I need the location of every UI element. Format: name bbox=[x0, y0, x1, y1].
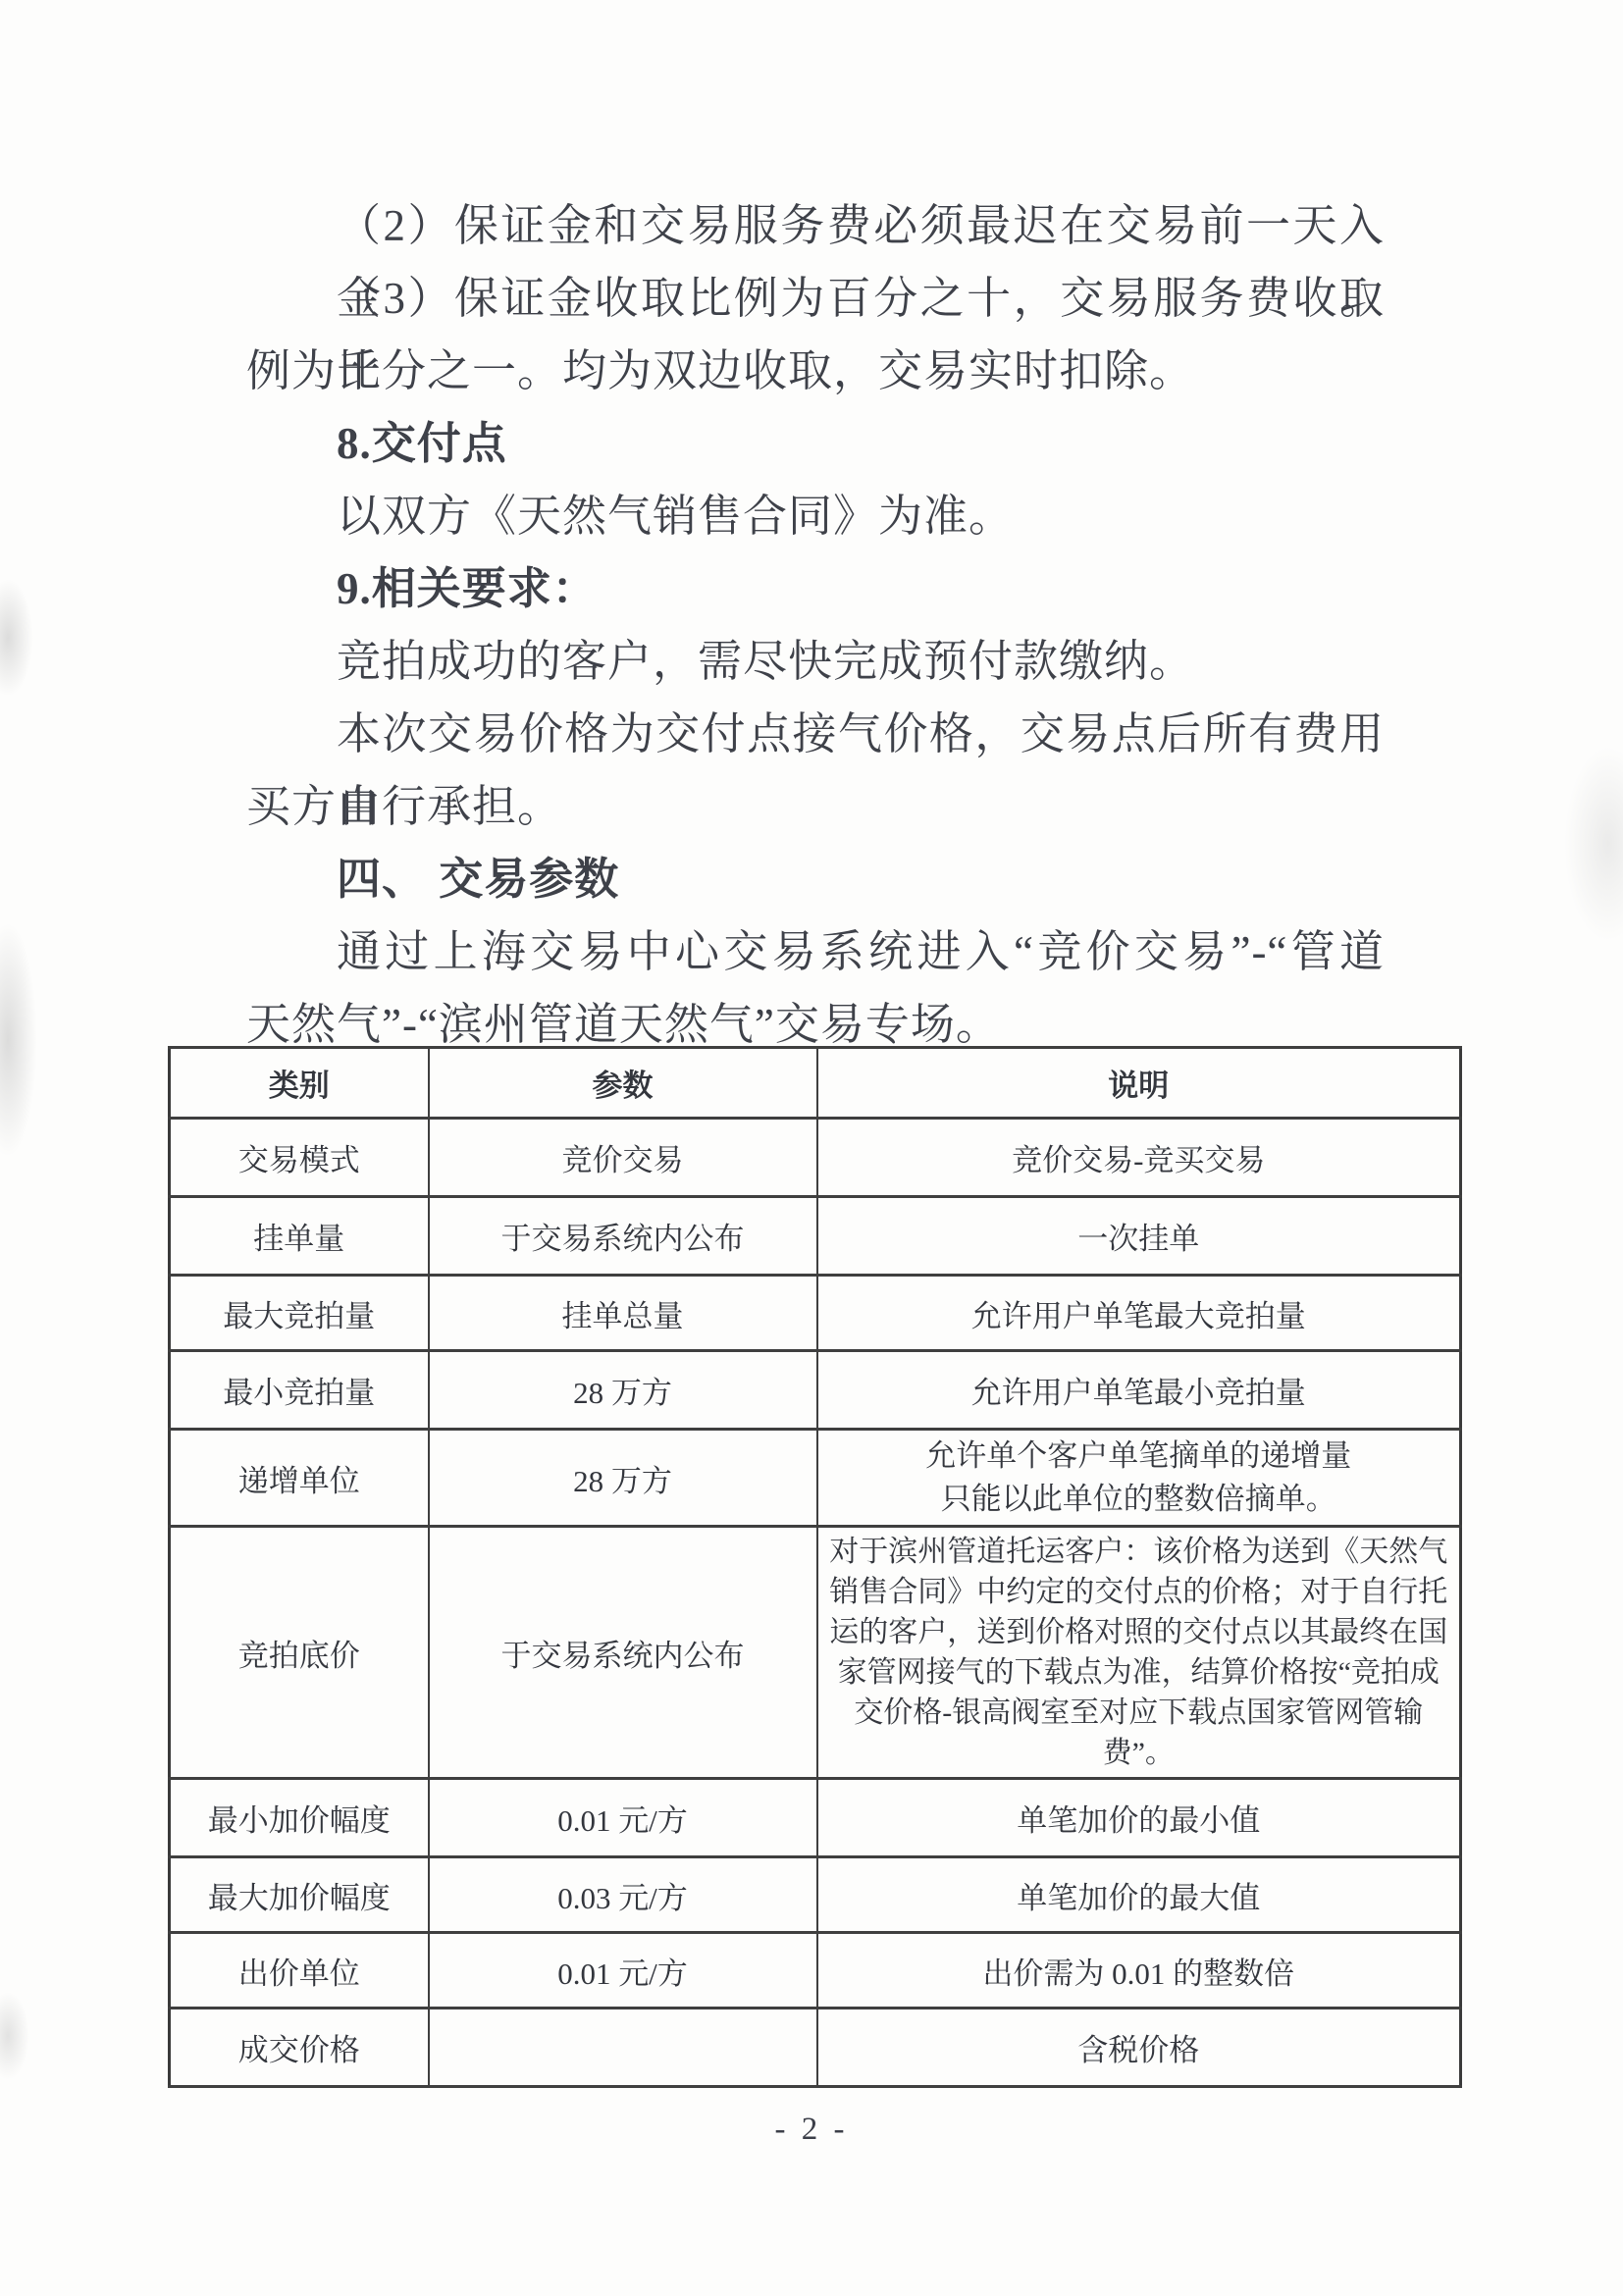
cell-parameter: 竞价交易 bbox=[429, 1119, 817, 1197]
cell-description: 含税价格 bbox=[817, 2009, 1461, 2087]
text-line: 竞拍成功的客户，需尽快完成预付款缴纳。 bbox=[246, 625, 1385, 698]
text-line: 以双方《天然气销售合同》为准。 bbox=[246, 480, 1385, 552]
document-page: （2）保证金和交易服务费必须最迟在交易前一天入金。（3）保证金收取比例为百分之十… bbox=[0, 0, 1623, 2296]
cell-description: 竞价交易-竞买交易 bbox=[817, 1119, 1461, 1197]
table-row: 出价单位0.01 元/方出价需为 0.01 的整数倍 bbox=[170, 1933, 1461, 2009]
text-line: 通过上海交易中心交易系统进入“竞价交易”-“管道 bbox=[246, 915, 1385, 988]
cell-parameter: 0.01 元/方 bbox=[429, 1933, 817, 2009]
heading-line: 8.交付点 bbox=[246, 407, 1385, 480]
cell-parameter: 0.01 元/方 bbox=[429, 1779, 817, 1857]
column-header: 类别 bbox=[170, 1048, 429, 1119]
cell-description: 一次挂单 bbox=[817, 1197, 1461, 1276]
document-body: （2）保证金和交易服务费必须最迟在交易前一天入金。（3）保证金收取比例为百分之十… bbox=[246, 189, 1385, 1061]
table-row: 交易模式竞价交易竞价交易-竞买交易 bbox=[170, 1119, 1461, 1197]
column-header: 参数 bbox=[429, 1048, 817, 1119]
cell-description: 允许单个客户单笔摘单的递增量只能以此单位的整数倍摘单。 bbox=[817, 1430, 1461, 1527]
description-line: 只能以此单位的整数倍摘单。 bbox=[828, 1478, 1450, 1521]
heading-line: 四、 交易参数 bbox=[246, 843, 1385, 915]
table-header-row: 类别参数说明 bbox=[170, 1048, 1461, 1119]
table-row: 最大竞拍量挂单总量允许用户单笔最大竞拍量 bbox=[170, 1276, 1461, 1351]
cell-category: 最小加价幅度 bbox=[170, 1779, 429, 1857]
scan-artifact bbox=[0, 922, 37, 1158]
scan-artifact bbox=[0, 579, 33, 697]
cell-parameter bbox=[429, 2009, 817, 2087]
cell-parameter: 28 万方 bbox=[429, 1430, 817, 1527]
heading-line: 9.相关要求： bbox=[246, 552, 1385, 625]
cell-description: 允许用户单笔最大竞拍量 bbox=[817, 1276, 1461, 1351]
trading-parameters-table: 类别参数说明 交易模式竞价交易竞价交易-竞买交易挂单量于交易系统内公布一次挂单最… bbox=[168, 1046, 1462, 2088]
cell-category: 挂单量 bbox=[170, 1197, 429, 1276]
table-row: 最小加价幅度0.01 元/方单笔加价的最小值 bbox=[170, 1779, 1461, 1857]
cell-category: 竞拍底价 bbox=[170, 1527, 429, 1779]
cell-description: 单笔加价的最大值 bbox=[817, 1857, 1461, 1933]
text-line: 本次交易价格为交付点接气价格，交易点后所有费用由 bbox=[246, 698, 1385, 770]
table-row: 竞拍底价于交易系统内公布对于滨州管道托运客户：该价格为送到《天然气销售合同》中约… bbox=[170, 1527, 1461, 1779]
text-line: （2）保证金和交易服务费必须最迟在交易前一天入金。 bbox=[246, 189, 1385, 262]
cell-description: 允许用户单笔最小竞拍量 bbox=[817, 1351, 1461, 1430]
cell-category: 出价单位 bbox=[170, 1933, 429, 2009]
cell-category: 最小竞拍量 bbox=[170, 1351, 429, 1430]
table-row: 成交价格含税价格 bbox=[170, 2009, 1461, 2087]
text-line: 买方自行承担。 bbox=[246, 770, 1385, 843]
text-line: 例为千分之一。均为双边收取，交易实时扣除。 bbox=[246, 335, 1385, 407]
text-line: （3）保证金收取比例为百分之十，交易服务费收取比 bbox=[246, 262, 1385, 335]
cell-category: 成交价格 bbox=[170, 2009, 429, 2087]
cell-parameter: 于交易系统内公布 bbox=[429, 1197, 817, 1276]
cell-parameter: 挂单总量 bbox=[429, 1276, 817, 1351]
table-row: 最大加价幅度0.03 元/方单笔加价的最大值 bbox=[170, 1857, 1461, 1933]
cell-category: 交易模式 bbox=[170, 1119, 429, 1197]
cell-parameter: 于交易系统内公布 bbox=[429, 1527, 817, 1779]
cell-description: 单笔加价的最小值 bbox=[817, 1779, 1461, 1857]
cell-description: 出价需为 0.01 的整数倍 bbox=[817, 1933, 1461, 2009]
cell-category: 最大加价幅度 bbox=[170, 1857, 429, 1933]
table-row: 递增单位28 万方允许单个客户单笔摘单的递增量只能以此单位的整数倍摘单。 bbox=[170, 1430, 1461, 1527]
scan-artifact bbox=[1564, 746, 1623, 942]
scan-artifact bbox=[0, 1992, 29, 2080]
cell-category: 最大竞拍量 bbox=[170, 1276, 429, 1351]
table-row: 挂单量于交易系统内公布一次挂单 bbox=[170, 1197, 1461, 1276]
column-header: 说明 bbox=[817, 1048, 1461, 1119]
cell-description: 对于滨州管道托运客户：该价格为送到《天然气销售合同》中约定的交付点的价格；对于自… bbox=[817, 1527, 1461, 1779]
table-row: 最小竞拍量28 万方允许用户单笔最小竞拍量 bbox=[170, 1351, 1461, 1430]
cell-category: 递增单位 bbox=[170, 1430, 429, 1527]
cell-parameter: 28 万方 bbox=[429, 1351, 817, 1430]
cell-parameter: 0.03 元/方 bbox=[429, 1857, 817, 1933]
description-line: 允许单个客户单笔摘单的递增量 bbox=[828, 1435, 1450, 1478]
page-number: - 2 - bbox=[0, 2112, 1623, 2148]
